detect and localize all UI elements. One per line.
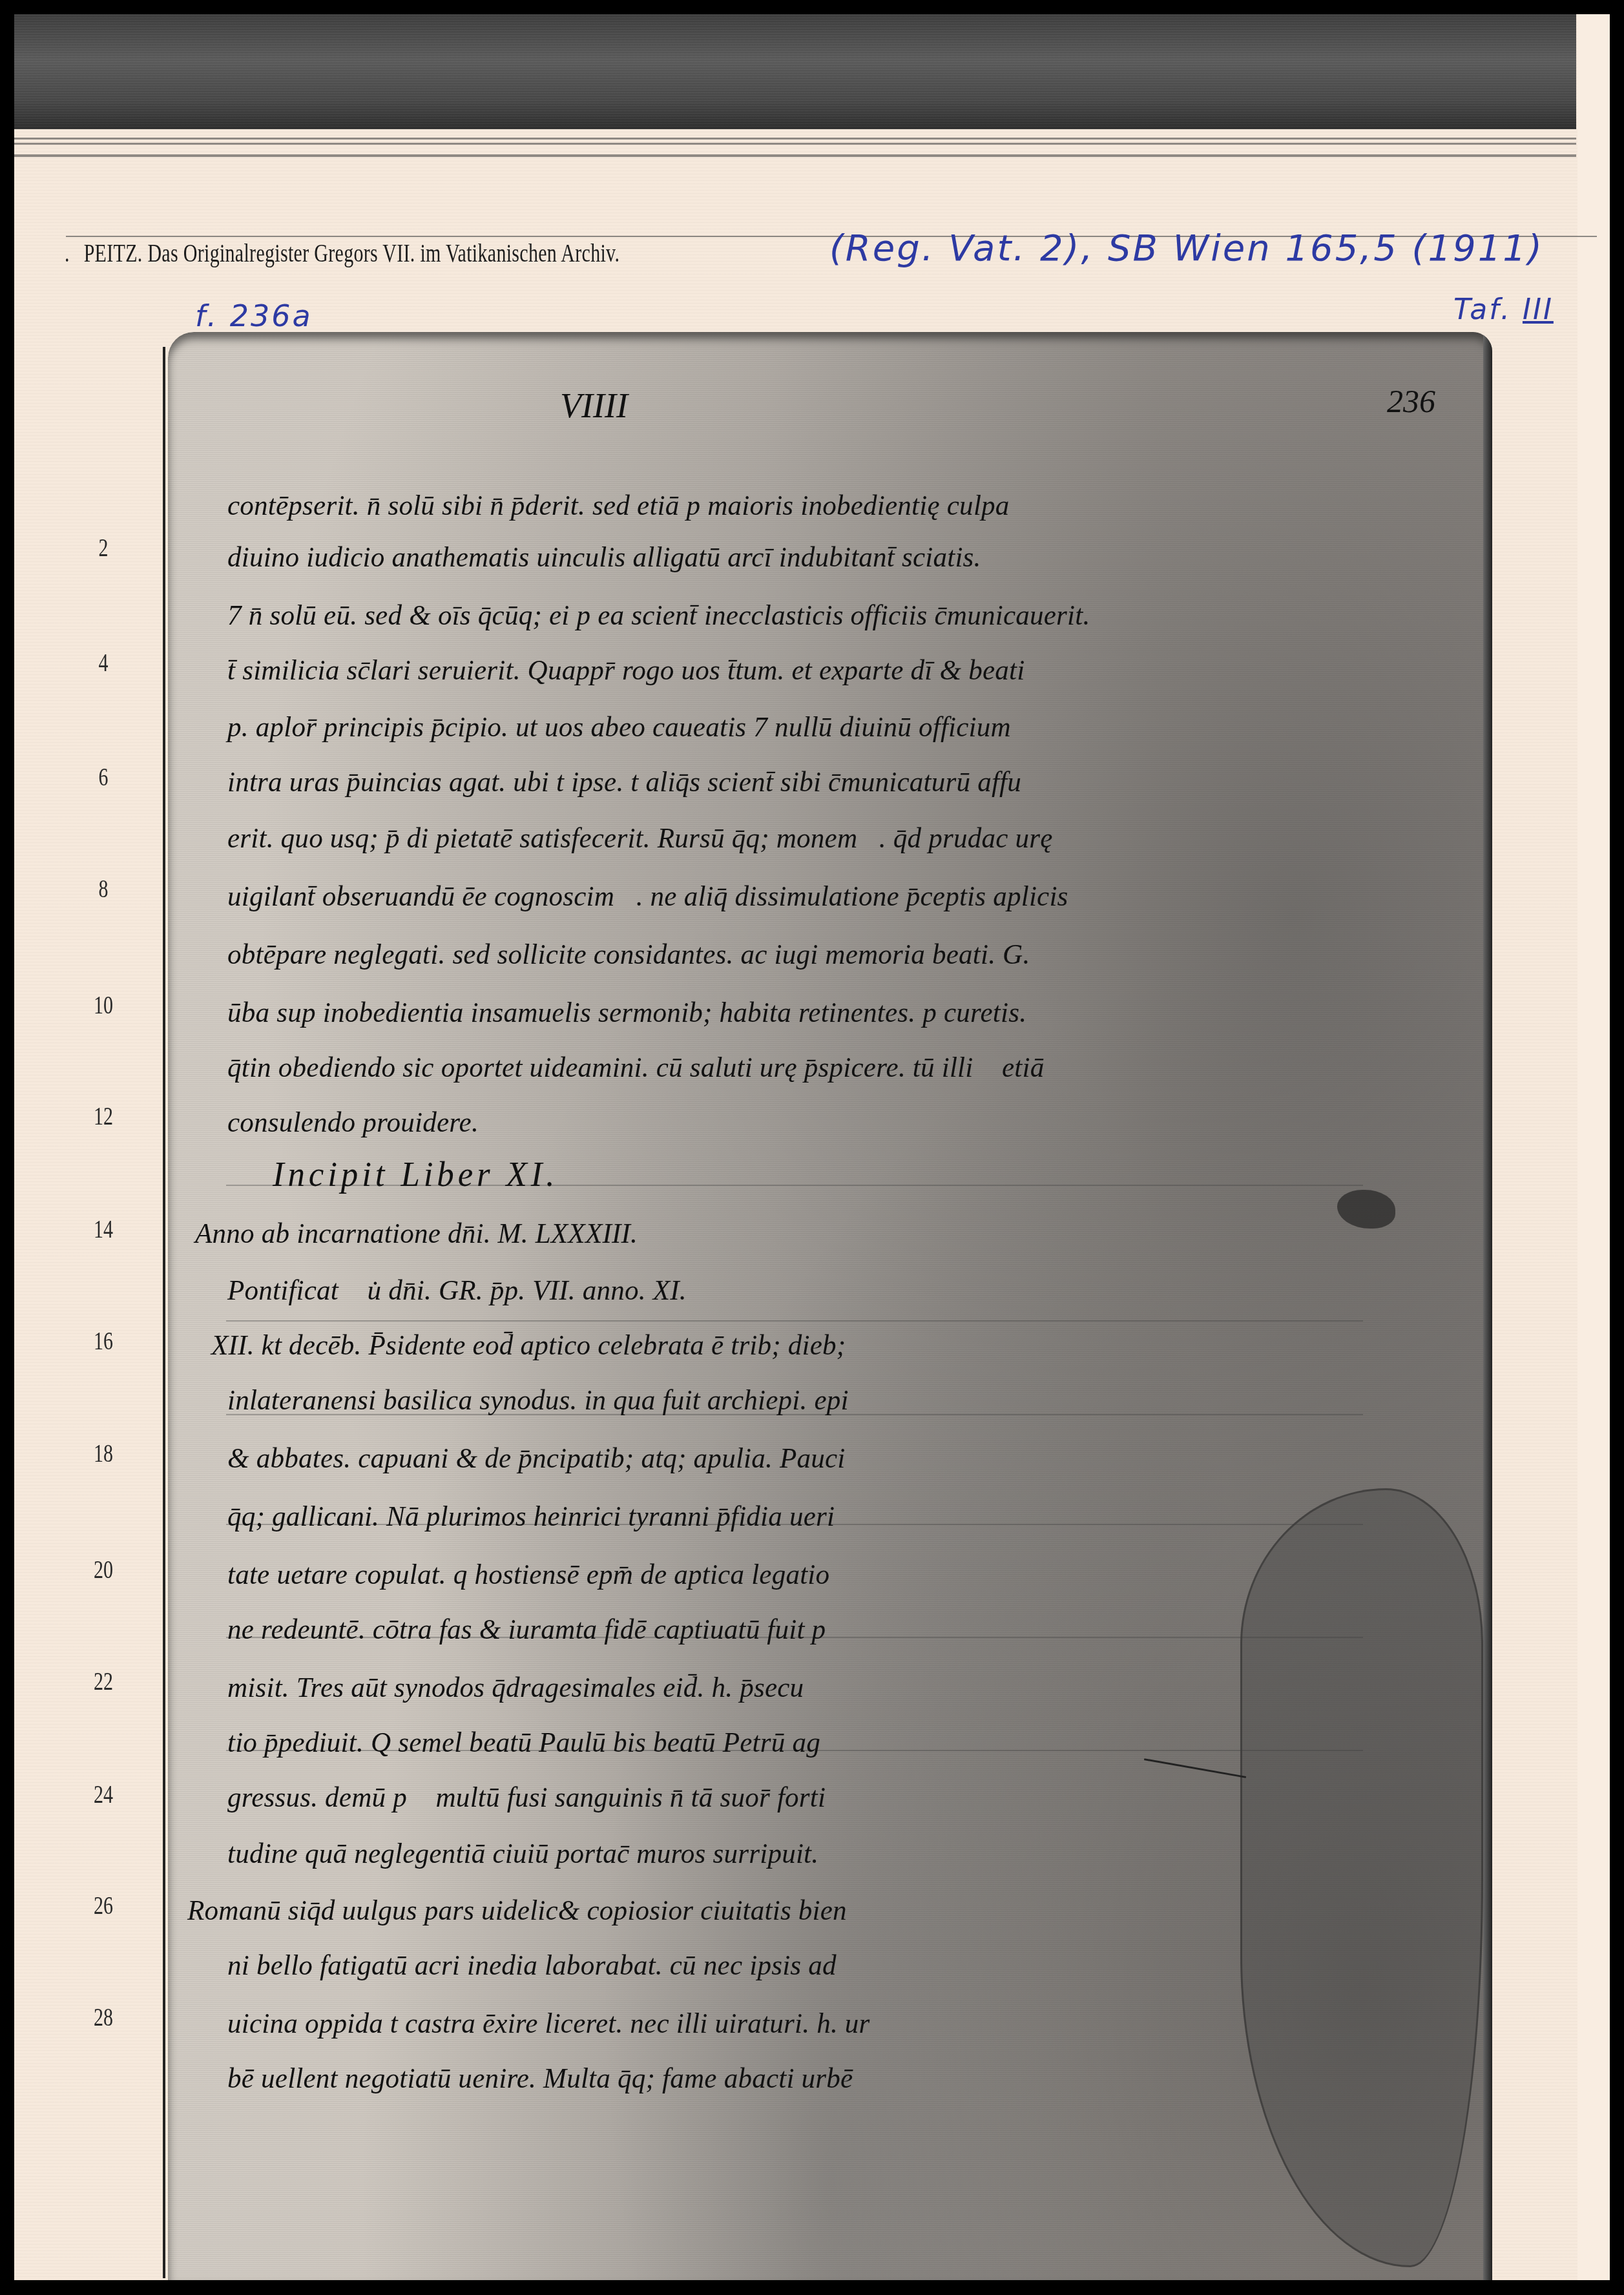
header-bullet: . bbox=[65, 239, 70, 268]
manuscript-line: 7 n̄ solū eū. sed & oīs q̄cūq; ei p ea s… bbox=[227, 599, 1090, 632]
line-number-column: 2 4 6 8 10 12 14 16 18 20 22 24 26 28 bbox=[84, 14, 149, 2280]
line-number: 10 bbox=[84, 992, 123, 1020]
plate-number: III bbox=[1523, 293, 1554, 326]
manuscript-line: & abbates. capuani & de p̄ncipatib; atq;… bbox=[227, 1442, 846, 1475]
left-margin-rule bbox=[163, 347, 165, 2278]
header-title: Das Originalregister Gregors VII. im Vat… bbox=[147, 239, 619, 268]
tear-line bbox=[1144, 1758, 1246, 1778]
manuscript-line: intra uras p̄uincias agat. ubi t ipse. t… bbox=[227, 765, 1021, 798]
ink-blot bbox=[1337, 1190, 1395, 1229]
manuscript-line-anno: Anno ab incarnatione dn̄i. M. LXXXIII. bbox=[195, 1217, 638, 1250]
manuscript-line: ūba sup inobedientia insamuelis sermonib… bbox=[227, 996, 1026, 1029]
manuscript-line: tudine quā neglegentiā ciuiū portac̄ mur… bbox=[227, 1837, 818, 1870]
manuscript-line: Romanū siq̄d uulgus pars uidelic& copios… bbox=[187, 1894, 847, 1927]
ruling-line bbox=[226, 1320, 1363, 1322]
manuscript-line: uicina oppida t castra ēxire liceret. ne… bbox=[227, 2007, 870, 2040]
manuscript-line: t̄ similicia sc̄lari seruierit. Quappr̄ … bbox=[227, 654, 1025, 687]
line-number: 22 bbox=[84, 1668, 123, 1696]
line-number: 14 bbox=[84, 1216, 123, 1244]
manuscript-folio-number: 236 bbox=[1387, 382, 1435, 420]
manuscript-line: uigilant̄ obseruandū ēe cognoscim᷒. ne a… bbox=[227, 880, 1068, 913]
line-number: 18 bbox=[84, 1440, 123, 1468]
manuscript-line: erit. quo usq; p̄ di pietatē satisfeceri… bbox=[227, 822, 1053, 855]
line-number: 16 bbox=[84, 1327, 123, 1356]
manuscript-line: bē uellent negotiatū uenire. Multa q̄q; … bbox=[227, 2062, 853, 2095]
manuscript-line: p. aplor̄ principis p̄cipio. ut uos abeo… bbox=[227, 711, 1011, 743]
line-number: 24 bbox=[84, 1781, 123, 1809]
manuscript-running-head: VIIII bbox=[560, 386, 628, 426]
parchment-damage bbox=[1240, 1488, 1483, 2267]
scan-artifact-lines bbox=[14, 134, 1576, 172]
handwritten-plate: Taf. III bbox=[1453, 293, 1554, 326]
line-number: 4 bbox=[84, 649, 123, 678]
handwritten-reference: (Reg. Vat. 2), SB Wien 165,5 (1911) bbox=[829, 227, 1544, 269]
manuscript-line: q̄tin obediendo sic oportet uideamini. c… bbox=[227, 1051, 1044, 1084]
line-number: 8 bbox=[84, 875, 123, 904]
book-incipit: Incipit Liber XI. bbox=[273, 1154, 558, 1194]
manuscript-line: ne redeuntē. cōtra fas & iuramta fidē ca… bbox=[227, 1613, 826, 1646]
handwritten-folio: f. 236a bbox=[195, 298, 313, 333]
manuscript-line: misit. Tres aūt synodos q̄dragesimales e… bbox=[227, 1671, 804, 1704]
line-number: 6 bbox=[84, 763, 123, 792]
manuscript-line: ni bello fatigatū acri inedia laborabat.… bbox=[227, 1949, 837, 1982]
manuscript-line: inlateranensi basilica synodus. in qua f… bbox=[227, 1384, 849, 1417]
manuscript-line: Anno ab incarnatione dn̄i. M. LXXXIII. bbox=[195, 1218, 638, 1249]
page-right-margin bbox=[1577, 14, 1610, 2280]
line-number: 2 bbox=[84, 534, 123, 563]
scanned-page: . PEITZ. Das Originalregister Gregors VI… bbox=[14, 14, 1610, 2280]
line-number: 26 bbox=[84, 1892, 123, 1920]
plate-prefix: Taf. bbox=[1453, 293, 1512, 326]
facsimile-edge bbox=[1483, 332, 1492, 2280]
manuscript-line: tate uetare copulat. q hostiensē epm̄ de… bbox=[227, 1558, 829, 1591]
scan-dark-band bbox=[14, 14, 1576, 129]
line-number: 20 bbox=[84, 1556, 123, 1584]
line-number: 12 bbox=[84, 1103, 123, 1131]
manuscript-line: contēpserit. n̄ solū sibi n̄ p̄derit. se… bbox=[227, 489, 1010, 522]
manuscript-line: consulendo prouidere. bbox=[227, 1106, 479, 1139]
manuscript-line: q̄q; gallicani. Nā plurimos heinrici tyr… bbox=[227, 1500, 835, 1533]
line-number: 28 bbox=[84, 2004, 123, 2032]
manuscript-line: gressus. demū p᷒ multū fusi sanguinis n̄… bbox=[227, 1781, 826, 1814]
manuscript-line: tio p̄pediuit. Q semel beatū Paulū bis b… bbox=[227, 1726, 820, 1759]
manuscript-line: Pontificat᷒ u̇ dn̄i. GR. p̄p. VII. anno.… bbox=[227, 1274, 687, 1307]
manuscript-line: diuino iudicio anathematis uinculis alli… bbox=[227, 541, 981, 574]
manuscript-line: obtēpare neglegati. sed sollicite consid… bbox=[227, 938, 1030, 971]
manuscript-line: XII. kt decēb. P̄sidente eod̄ aptico cel… bbox=[211, 1329, 846, 1362]
